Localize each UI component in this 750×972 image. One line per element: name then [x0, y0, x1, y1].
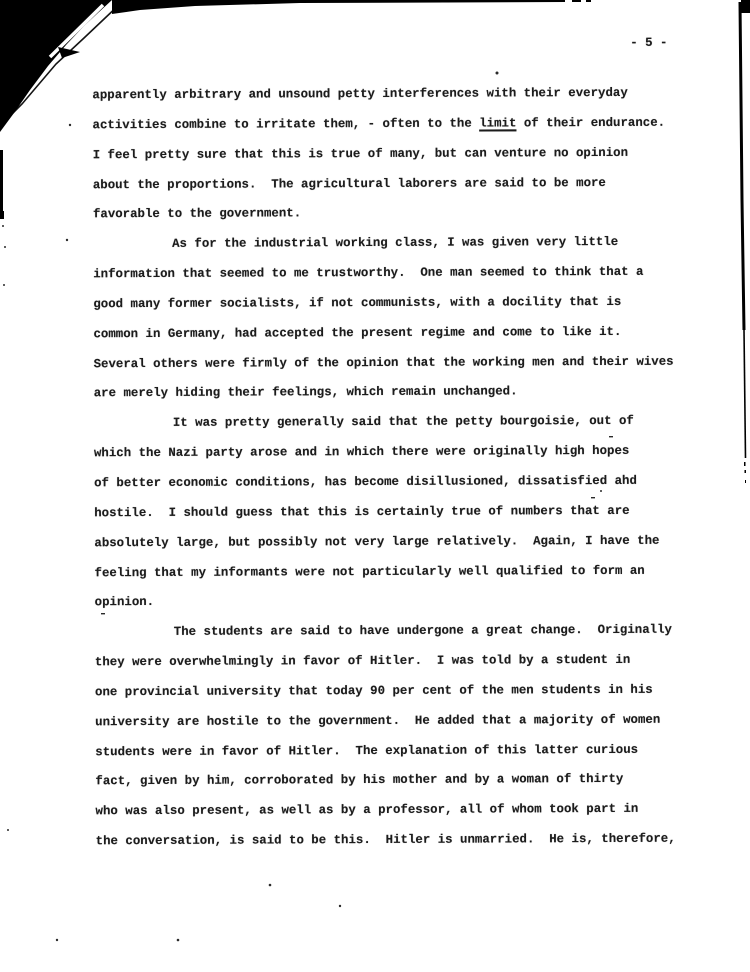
text-line: of better economic conditions, has becom…	[94, 466, 734, 499]
text-line: favorable to the government.	[93, 198, 733, 231]
document-text: apparently arbitrary and unsound petty i…	[92, 78, 735, 857]
text-line: I feel pretty sure that this is true of …	[93, 138, 733, 171]
scanned-page: - 5 - apparently arbitrary and unsound p…	[0, 0, 750, 972]
text-line: It was pretty generally said that the pe…	[94, 407, 734, 440]
text-line: information that seemed to me trustworth…	[93, 258, 733, 291]
text-line: activities combine to irritate them, - o…	[92, 108, 732, 141]
text-line: students were in favor of Hitler. The ex…	[95, 735, 735, 768]
text-line: the conversation, is said to be this. Hi…	[96, 825, 736, 858]
text-line: As for the industrial working class, I w…	[93, 228, 733, 261]
text-line: common in Germany, had accepted the pres…	[93, 317, 733, 350]
text-line: university are hostile to the government…	[95, 705, 735, 738]
text-line: who was also present, as well as by a pr…	[95, 795, 735, 828]
text-line: good many former socialists, if not comm…	[93, 287, 733, 320]
text-line: are merely hiding their feelings, which …	[94, 377, 734, 410]
text-line: Several others were firmly of the opinio…	[94, 347, 734, 380]
text-line: one provincial university that today 90 …	[95, 675, 735, 708]
text-line: they were overwhelmingly in favor of Hit…	[95, 645, 735, 678]
text-line: hostile. I should guess that this is cer…	[94, 496, 734, 529]
text-line: feeling that my informants were not part…	[94, 556, 734, 589]
text-line: The students are said to have undergone …	[95, 616, 735, 649]
text-line: fact, given by him, corroborated by his …	[95, 765, 735, 798]
text-line: about the proportions. The agricultural …	[93, 168, 733, 201]
text-line: apparently arbitrary and unsound petty i…	[92, 78, 732, 111]
text-line: which the Nazi party arose and in which …	[94, 437, 734, 470]
page-number: - 5 -	[630, 36, 667, 50]
text-layer: - 5 - apparently arbitrary and unsound p…	[0, 0, 750, 972]
text-line: absolutely large, but possibly not very …	[94, 526, 734, 559]
text-line: opinion.	[95, 586, 735, 619]
